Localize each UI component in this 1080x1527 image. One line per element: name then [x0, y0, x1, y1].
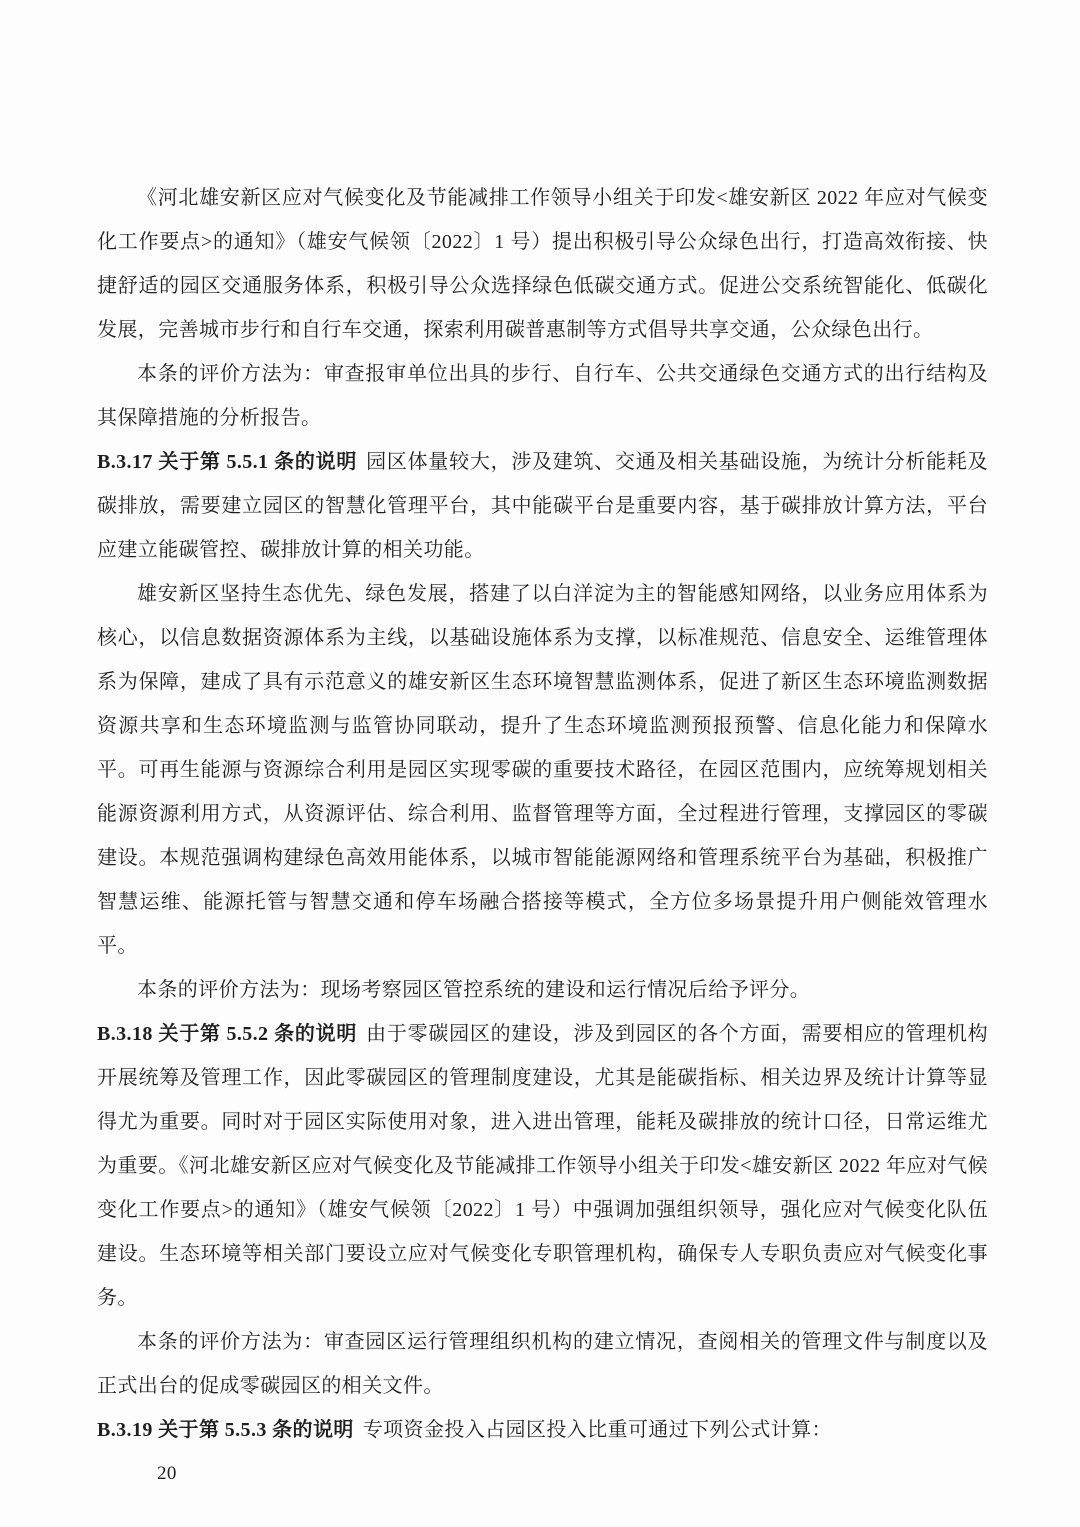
- clause-b3-19: B.3.19 关于第 5.5.3 条的说明专项资金投入占园区投入比重可通过下列公…: [97, 1408, 988, 1452]
- paragraph-xiongan-ecosystem: 雄安新区坚持生态优先、绿色发展，搭建了以白洋淀为主的智能感知网络，以业务应用体系…: [97, 572, 988, 968]
- document-page: 《河北雄安新区应对气候变化及节能减排工作领导小组关于印发<雄安新区 2022 年…: [0, 0, 1080, 1527]
- clause-b3-18-text: 由于零碳园区的建设，涉及到园区的各个方面，需要相应的管理机构开展统筹及管理工作，…: [97, 1023, 988, 1309]
- clause-b3-19-heading: B.3.19 关于第 5.5.3 条的说明: [97, 1419, 354, 1441]
- clause-b3-19-text: 专项资金投入占园区投入比重可通过下列公式计算：: [363, 1419, 832, 1441]
- clause-b3-18: B.3.18 关于第 5.5.2 条的说明由于零碳园区的建设，涉及到园区的各个方…: [97, 1012, 988, 1320]
- paragraph-evaluation-method-3: 本条的评价方法为：审查园区运行管理组织机构的建立情况，查阅相关的管理文件与制度以…: [97, 1320, 988, 1408]
- paragraph-evaluation-method-1: 本条的评价方法为：审查报审单位出具的步行、自行车、公共交通绿色交通方式的出行结构…: [97, 352, 988, 440]
- clause-b3-17-heading: B.3.17 关于第 5.5.1 条的说明: [97, 451, 357, 473]
- page-content: 《河北雄安新区应对气候变化及节能减排工作领导小组关于印发<雄安新区 2022 年…: [97, 176, 988, 1496]
- page-number: 20: [97, 1452, 988, 1496]
- clause-b3-18-heading: B.3.18 关于第 5.5.2 条的说明: [97, 1023, 357, 1045]
- paragraph-evaluation-method-2: 本条的评价方法为：现场考察园区管控系统的建设和运行情况后给予评分。: [97, 968, 988, 1012]
- clause-b3-17: B.3.17 关于第 5.5.1 条的说明园区体量较大，涉及建筑、交通及相关基础…: [97, 440, 988, 572]
- paragraph-notice-transport: 《河北雄安新区应对气候变化及节能减排工作领导小组关于印发<雄安新区 2022 年…: [97, 176, 988, 352]
